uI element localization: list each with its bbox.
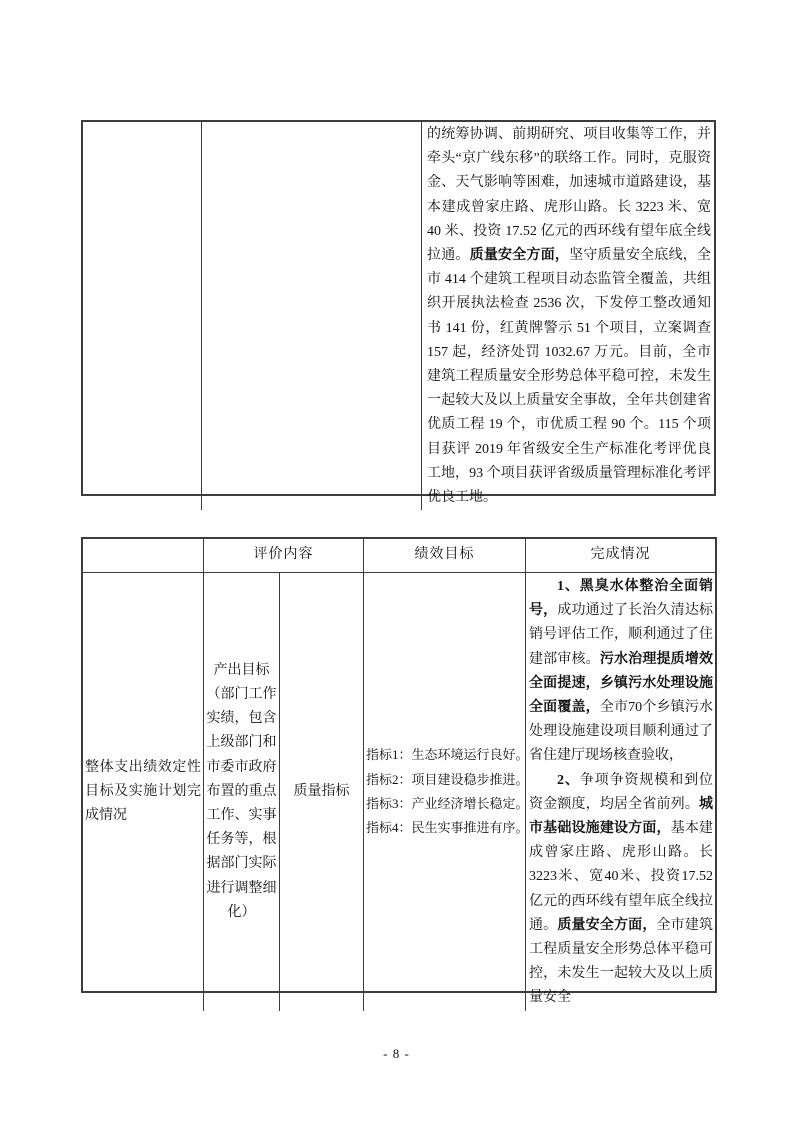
indicator-line: 指标1：生态环境运行良好。 — [366, 743, 525, 767]
header-performance-goal: 绩效目标 — [364, 539, 526, 573]
header-completion-status: 完成情况 — [526, 539, 715, 573]
indicators-cell: 指标1：生态环境运行良好。指标2：项目建设稳步推进。指标3：产业经济增长稳定。指… — [364, 573, 526, 1011]
row-category-label: 整体支出绩效定性目标及实施计划完成情况 — [85, 756, 201, 829]
evaluation-table: 评价内容 绩效目标 完成情况 整体支出绩效定性目标及实施计划完成情况 产出目标（… — [81, 537, 717, 993]
continuation-empty-cell-1 — [83, 122, 202, 510]
indicator-type-label: 质量指标 — [294, 780, 350, 804]
output-goal-cell: 产出目标（部门工作实绩，包含上级部门和市委市政府布置的重点工作、实事任务等，根据… — [204, 573, 280, 1011]
completion-status-cell: 1、黑臭水体整治全面销号，成功通过了长治久清达标销号评估工作，顺利通过了住建部审… — [526, 573, 715, 1011]
indicator-type-cell: 质量指标 — [280, 573, 364, 1011]
indicator-line: 指标4：民生实事推进有序。 — [366, 816, 525, 840]
header-empty-cell — [83, 539, 204, 573]
continuation-completion-cell: 的统筹协调、前期研究、项目收集等工作，并牵头“京广线东移”的联络工作。同时，克服… — [422, 122, 714, 510]
paragraph: 2、争项争资规模和到位资金额度，均居全省前列。城市基础设施建设方面，基本建成曾家… — [529, 769, 713, 1011]
row-category-cell: 整体支出绩效定性目标及实施计划完成情况 — [83, 573, 204, 1011]
continuation-empty-cell-2 — [202, 122, 422, 510]
paragraph: 1、黑臭水体整治全面销号，成功通过了长治久清达标销号评估工作，顺利通过了住建部审… — [529, 575, 713, 769]
indicator-line: 指标2：项目建设稳步推进。 — [366, 768, 525, 792]
paragraph: 的统筹协调、前期研究、项目收集等工作，并牵头“京广线东移”的联络工作。同时，克服… — [427, 123, 711, 510]
indicator-line: 指标3：产业经济增长稳定。 — [366, 792, 525, 816]
continuation-table: 的统筹协调、前期研究、项目收集等工作，并牵头“京广线东移”的联络工作。同时，克服… — [81, 120, 716, 496]
output-goal-text: 产出目标（部门工作实绩，包含上级部门和市委市政府布置的重点工作、实事任务等，根据… — [206, 659, 277, 925]
document-page: 的统筹协调、前期研究、项目收集等工作，并牵头“京广线东移”的联络工作。同时，克服… — [0, 0, 793, 1122]
header-evaluation-content: 评价内容 — [204, 539, 364, 573]
page-number: - 8 - — [0, 1046, 793, 1062]
